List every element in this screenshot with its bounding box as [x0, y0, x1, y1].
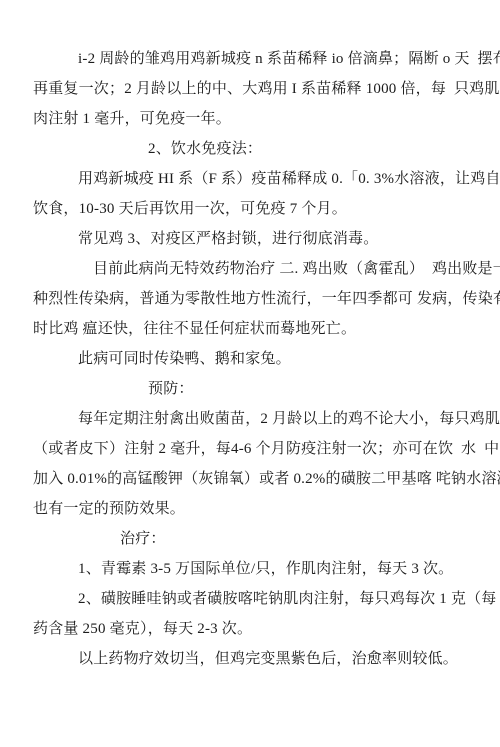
- text-line: 加入 0.01%的高锰酸钾（灰锦氧）或者 0.2%的磺胺二甲基喀 咤钠水溶液，: [33, 464, 470, 494]
- text-line: 再重复一次；2 月龄以上的中、大鸡用 I 系苗稀释 1000 倍，每 只鸡肌: [33, 74, 470, 104]
- text-line: 饮食，10-30 天后再饮用一次，可免疫 7 个月。: [33, 194, 470, 224]
- text-line: 药含量 250 毫克），每天 2-3 次。: [33, 614, 470, 644]
- text-line: 每年定期注射禽出败菌苗，2 月龄以上的鸡不论大小，每只鸡肌 肉: [78, 404, 470, 434]
- text-line: 常见鸡 3、对疫区严格封锁，进行彻底消毒。: [78, 224, 470, 254]
- text-line: i-2 周龄的雏鸡用鸡新城疫 n 系苗稀释 io 倍滴鼻；隔断 o 天 摆布: [78, 44, 470, 74]
- text-line: 此病可同时传染鸭、鹅和家兔。: [78, 344, 470, 374]
- text-line: 种烈性传染病，普通为零散性地方性流行，一年四季都可 发病，传染有: [33, 284, 470, 314]
- document-page: i-2 周龄的雏鸡用鸡新城疫 n 系苗稀释 io 倍滴鼻；隔断 o 天 摆布再重…: [0, 0, 500, 747]
- text-line: 也有一定的预防效果。: [33, 494, 470, 524]
- text-line: 目前此病尚无特效药物治疗 二. 鸡出败（禽霍乱） 鸡出败是一: [93, 254, 470, 284]
- text-line: 2、饮水免疫法：: [148, 134, 470, 164]
- text-line: 治疗：: [120, 524, 470, 554]
- text-line: （或者皮下）注射 2 毫升，每4-6 个月防疫注射一次；亦可在饮 水 中: [33, 434, 470, 464]
- text-line: 时比鸡 瘟还快，往往不显任何症状而蓦地死亡。: [33, 314, 470, 344]
- text-line: 以上药物疗效切当，但鸡完变黑紫色后，治愈率则较低。: [78, 644, 470, 674]
- text-line: 预防：: [148, 374, 470, 404]
- document-body: i-2 周龄的雏鸡用鸡新城疫 n 系苗稀释 io 倍滴鼻；隔断 o 天 摆布再重…: [33, 44, 470, 674]
- text-line: 2、磺胺睡哇钠或者磺胺喀咤钠肌肉注射，每只鸡每次 1 克（每 片: [78, 584, 470, 614]
- text-line: 肉注射 1 毫升，可免疫一年。: [33, 104, 470, 134]
- text-line: 1、青霉素 3-5 万国际单位/只，作肌肉注射，每天 3 次。: [78, 554, 470, 584]
- text-line: 用鸡新城疫 HI 系（F 系）疫苗稀释成 0.「0. 3%水溶液，让鸡自 由: [78, 164, 470, 194]
